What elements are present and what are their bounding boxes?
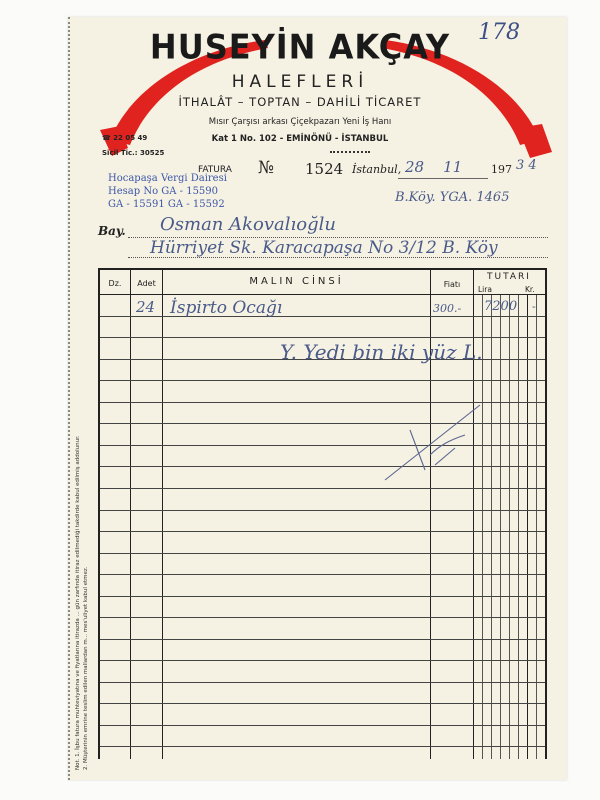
ornament-divider — [330, 151, 370, 153]
row-line — [100, 725, 545, 726]
row-line — [100, 574, 545, 575]
invoice-number: 1524 — [305, 160, 343, 178]
row1-lira: 7200 — [484, 299, 517, 314]
header-tutari: TUTARI — [474, 272, 544, 282]
column-divider — [518, 294, 519, 759]
column-divider — [130, 270, 131, 759]
row-line — [100, 746, 545, 747]
row1-kr: - — [532, 300, 536, 313]
company-address-line2: Kat 1 No. 102 - EMİNÖNÜ - İSTANBUL — [140, 134, 460, 144]
date-underline — [398, 178, 488, 179]
row-line — [100, 639, 545, 640]
row-line — [100, 553, 545, 554]
phone-number: 22 05 49 — [113, 134, 147, 142]
row-line — [100, 660, 545, 661]
column-divider — [536, 294, 537, 759]
column-divider — [491, 294, 492, 759]
column-divider — [500, 294, 501, 759]
row-line — [100, 510, 545, 511]
year-suffix: 3 4 — [516, 158, 537, 173]
row-line — [100, 380, 545, 381]
terms-line1: Not. 1. İşbu fatura muhteviyatına ve fiy… — [74, 330, 82, 770]
row-line — [100, 337, 545, 338]
header-malin-cinsi: MALIN CİNSİ — [163, 276, 430, 287]
column-divider — [162, 270, 163, 759]
header-dz: Dz. — [100, 279, 130, 288]
row-line — [100, 316, 545, 317]
terms-line2: 2. Müşterinin emrine teslim edilen malla… — [82, 330, 90, 770]
company-name: HUSEYİN AKÇAY — [105, 27, 495, 67]
tax-account-line2: GA - 15591 GA - 15592 — [108, 198, 227, 211]
row-line — [100, 617, 545, 618]
invoice-items-table: Dz. Adet MALIN CİNSİ Fiatı TUTARI Lira K… — [98, 268, 547, 759]
column-divider — [509, 294, 510, 759]
date-day: 28 — [405, 158, 424, 176]
year-prefix: 197 — [491, 163, 512, 176]
company-registry: Sicil Tic.: 30525 — [102, 149, 164, 157]
header-adet: Adet — [131, 279, 162, 288]
tax-account-line1: Hesap No GA - 15590 — [108, 185, 227, 198]
row-line — [100, 682, 545, 683]
row-line — [100, 703, 545, 704]
row-line — [100, 531, 545, 532]
customer-address: Hürriyet Sk. Karacapaşa No 3/12 B. Köy — [150, 238, 498, 258]
invoice-date: 28 11 — [405, 158, 462, 176]
number-symbol: № — [258, 158, 274, 178]
row-line — [100, 596, 545, 597]
header-divider — [100, 294, 545, 295]
signature-icon — [380, 390, 490, 490]
header-lira: Lira — [478, 285, 492, 294]
row1-fiati: 300.- — [433, 302, 461, 315]
side-terms-note: Not. 1. İşbu fatura muhteviyatına ve fiy… — [74, 330, 104, 770]
invoice-city: İstanbul, — [352, 163, 401, 176]
column-divider — [527, 294, 528, 759]
tax-office-stamp: Hocapaşa Vergi Dairesi Hesap No GA - 155… — [108, 172, 227, 211]
amount-in-words: Y. Yedi bin iki yüz L. — [280, 340, 483, 364]
invoice-label: FATURA — [198, 165, 232, 175]
row1-adet: 24 — [136, 298, 155, 316]
header-kr: Kr. — [525, 285, 535, 294]
header-fiati: Fiatı — [431, 280, 473, 289]
customer-name: Osman Akovalıoğlu — [160, 214, 336, 235]
company-address-line1: Mısır Çarşısı arkası Çiçekpazarı Yeni İş… — [140, 117, 460, 127]
company-phone: ☎ 22 05 49 — [102, 134, 147, 142]
date-month: 11 — [443, 158, 462, 176]
company-subtitle: HALEFLERİ — [160, 72, 440, 92]
handwritten-tax-note: B.Köy. YGA. 1465 — [395, 190, 509, 205]
row1-malin-cinsi: İspirto Ocağı — [170, 298, 282, 318]
company-business: İTHALÂT – TOPTAN – DAHİLİ TİCARET — [120, 95, 480, 109]
customer-label: Bay. — [98, 224, 126, 238]
